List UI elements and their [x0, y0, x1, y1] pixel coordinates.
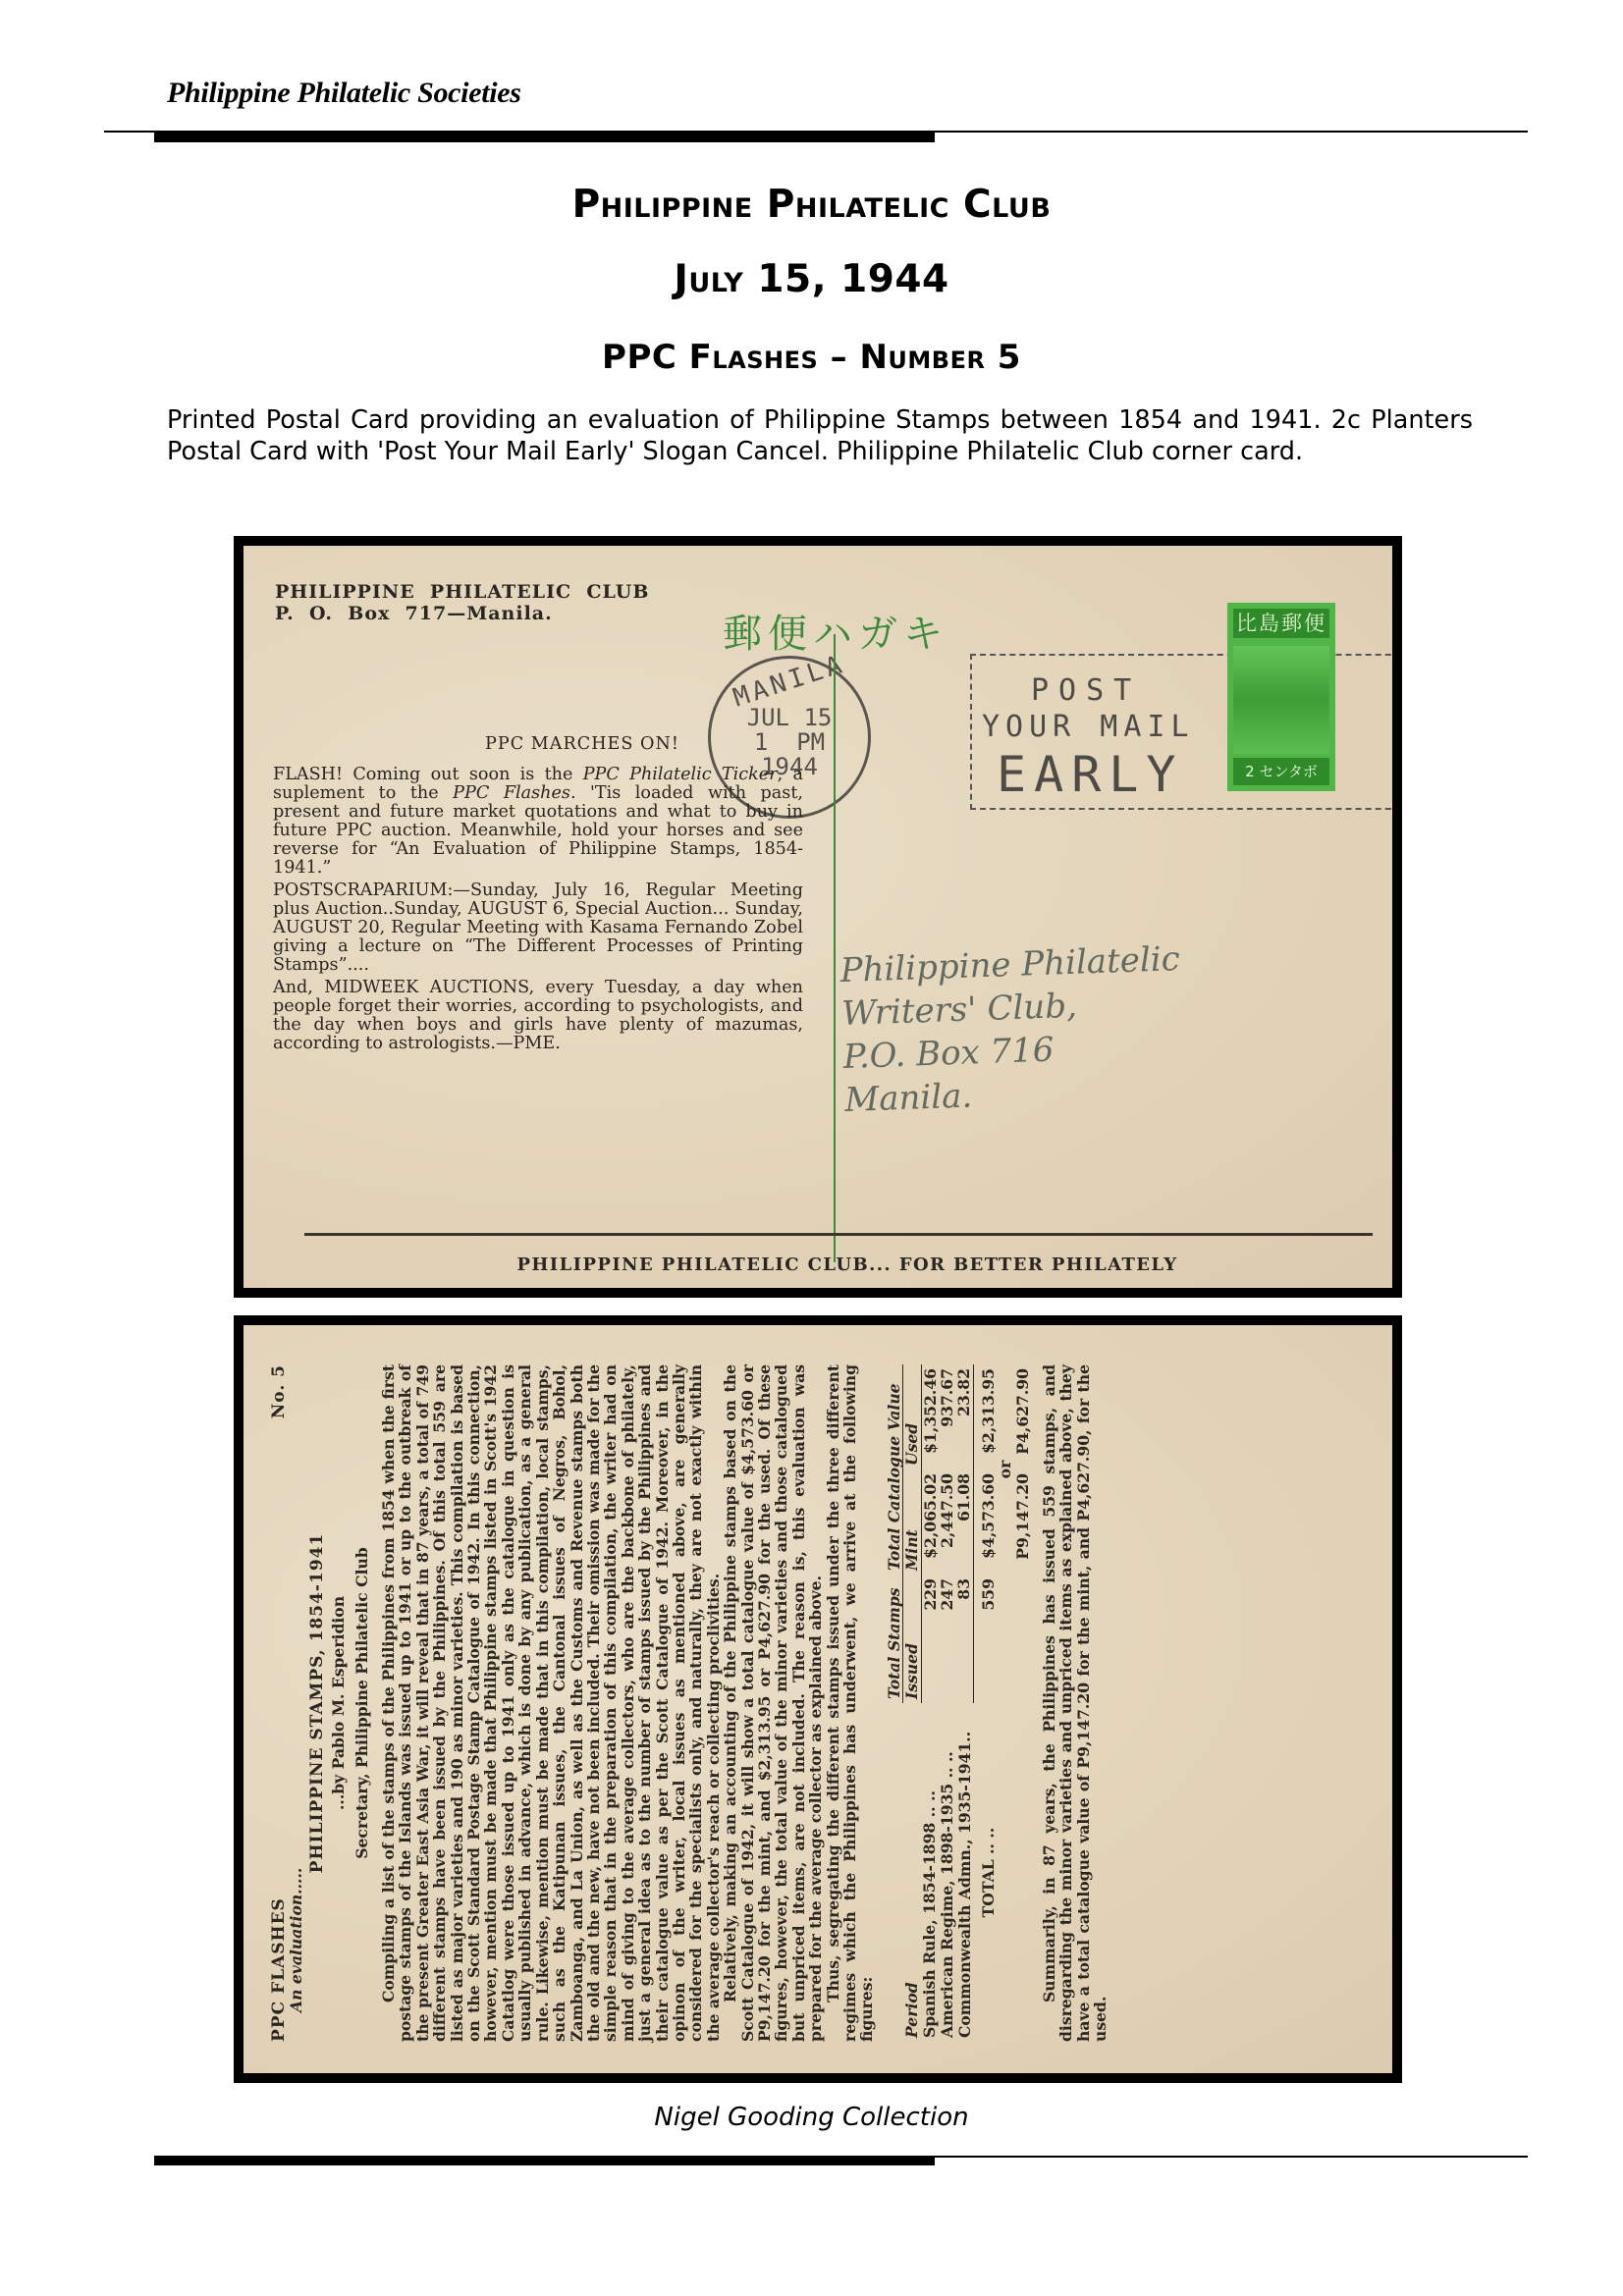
group-header-value: Total Catalogue Value: [886, 1364, 903, 1575]
peso-spacer: [1014, 1703, 1031, 2042]
article-para-4: Summarily, in 87 years, the Philippines …: [1041, 1364, 1109, 2042]
col-header-period: Period: [903, 1703, 921, 2042]
or-spacer: [997, 1575, 1013, 1703]
evaluation-table: Total Stamps Total Catalogue Value Perio…: [886, 1364, 1031, 2042]
col-header-issued: Issued: [903, 1575, 921, 1703]
article-para-2: Relatively, making an accounting of the …: [722, 1364, 824, 2042]
postmark-day: JUL 15: [711, 706, 868, 730]
total-label: TOTAL .. ..: [973, 1703, 997, 2042]
card-footer-slogan: PHILIPPINE PHILATELIC CLUB... FOR BETTER…: [243, 1255, 1392, 1275]
row-mint: $2,065.02: [921, 1469, 939, 1575]
table-or-row: or: [997, 1364, 1013, 2042]
back-header: PPC FLASHES No. 5: [271, 1364, 288, 2042]
front-message: PPC MARCHES ON! FLASH! Coming out soon i…: [273, 735, 803, 1057]
front-heading: PPC MARCHES ON!: [361, 735, 803, 754]
midweek-paragraph: And, MIDWEEK AUCTIONS, every Tuesday, a …: [273, 979, 803, 1053]
row-period: American Regime, 1898-1935 .. ..: [939, 1703, 955, 2042]
or-label: or: [997, 1364, 1013, 1575]
article-para-3: Thus, segregating the different stamps i…: [825, 1364, 876, 2042]
card-footer-rule: [304, 1233, 1373, 1236]
card-back: PPC FLASHES No. 5 An evaluation..... PHI…: [243, 1325, 1392, 2073]
stamp-country-label: 比島郵便: [1233, 609, 1329, 638]
card-front: PHILIPPINE PHILATELIC CLUB P. O. Box 717…: [243, 546, 1392, 1288]
article-para-1: Compiling a list of the stamps of the Ph…: [380, 1364, 722, 2042]
running-head: Philippine Philatelic Societies: [167, 77, 521, 110]
slogan-line-2: YOUR MAIL: [982, 710, 1195, 744]
article-byline: ...by Pablo M. Esperidion: [330, 1364, 347, 2042]
table-row: Spanish Rule, 1854-1898 .. .. 229 $2,065…: [921, 1364, 939, 2042]
corner-card-address: PHILIPPINE PHILATELIC CLUB P. O. Box 717…: [275, 581, 649, 624]
group-header-stamps: Total Stamps: [886, 1575, 903, 1703]
article-title: PHILIPPINE STAMPS, 1854-1941: [309, 1364, 326, 2042]
corner-club-name: PHILIPPINE PHILATELIC CLUB: [275, 581, 649, 603]
row-period: Commonwealth Admn., 1935-1941..: [955, 1703, 973, 2042]
col-header-mint: Mint: [903, 1469, 921, 1575]
header-rule-thick: [154, 133, 935, 142]
postscraparium-paragraph: POSTSCRAPARIUM:—Sunday, July 16, Regular…: [273, 881, 803, 975]
corner-po-box: P. O. Box 717—Manila.: [275, 603, 649, 624]
table-total-row: TOTAL .. .. 559 $4,573.60 $2,313.95: [973, 1364, 997, 2042]
table-row: American Regime, 1898-1935 .. .. 247 2,4…: [939, 1364, 955, 2042]
total-mint: $4,573.60: [973, 1469, 997, 1575]
row-issued: 229: [921, 1575, 939, 1703]
back-rotated-text: PPC FLASHES No. 5 An evaluation..... PHI…: [243, 1325, 1382, 2073]
row-used: $1,352.46: [921, 1364, 939, 1469]
row-used: 23.82: [955, 1364, 973, 1469]
flash-text-a: FLASH! Coming out soon is the: [273, 765, 583, 784]
footer-rule-thick: [154, 2156, 935, 2165]
peso-used: P4,627.90: [1014, 1364, 1031, 1469]
page-title: Philippine Philatelic Club: [0, 183, 1623, 227]
peso-mint: P9,147.20: [1014, 1469, 1031, 1575]
table-peso-row: P9,147.20 P4,627.90: [1014, 1364, 1031, 2042]
page-date: July 15, 1944: [0, 257, 1623, 301]
table-spacer: [886, 1703, 903, 2042]
row-mint: 2,447.50: [939, 1469, 955, 1575]
peso-spacer: [1014, 1575, 1031, 1703]
planter-icon: [1233, 646, 1329, 754]
description: Printed Postal Card providing an evaluat…: [167, 404, 1473, 467]
table-row: Commonwealth Admn., 1935-1941.. 83 61.08…: [955, 1364, 973, 2042]
article-byline-role: Secretary, Philippine Philatelic Club: [353, 1364, 370, 2042]
row-issued: 83: [955, 1575, 973, 1703]
stamp-denomination: 2 センタボ: [1233, 758, 1329, 785]
issue-number: No. 5: [271, 1364, 288, 1418]
row-period: Spanish Rule, 1854-1898 .. ..: [921, 1703, 939, 2042]
flash-paragraph: FLASH! Coming out soon is the PPC Philat…: [273, 766, 803, 878]
or-spacer: [997, 1703, 1013, 2042]
flash-flashes-title: PPC Flashes: [453, 783, 570, 803]
footer-rule-thin: [935, 2156, 1528, 2158]
card-divider: [834, 634, 836, 1262]
collection-caption: Nigel Gooding Collection: [0, 2103, 1623, 2132]
handwritten-address: Philippine Philatelic Writers' Club, P.O…: [839, 937, 1185, 1122]
series-name: PPC FLASHES: [271, 1897, 288, 2042]
page-subtitle: PPC Flashes – Number 5: [0, 338, 1623, 377]
row-used: 937.67: [939, 1364, 955, 1469]
imprinted-stamp: 比島郵便 2 センタボ: [1227, 603, 1335, 791]
total-issued: 559: [973, 1575, 997, 1703]
evaluation-article: PPC FLASHES No. 5 An evaluation..... PHI…: [271, 1364, 1109, 2042]
row-mint: 61.08: [955, 1469, 973, 1575]
slogan-line-3: EARLY: [997, 746, 1184, 803]
row-issued: 247: [939, 1575, 955, 1703]
article-subtitle: An evaluation.....: [288, 1364, 304, 2012]
slogan-line-1: POST: [1031, 673, 1141, 708]
total-used: $2,313.95: [973, 1364, 997, 1469]
col-header-used: Used: [903, 1364, 921, 1469]
flash-ticker-title: PPC Philatelic Ticker: [583, 765, 778, 784]
